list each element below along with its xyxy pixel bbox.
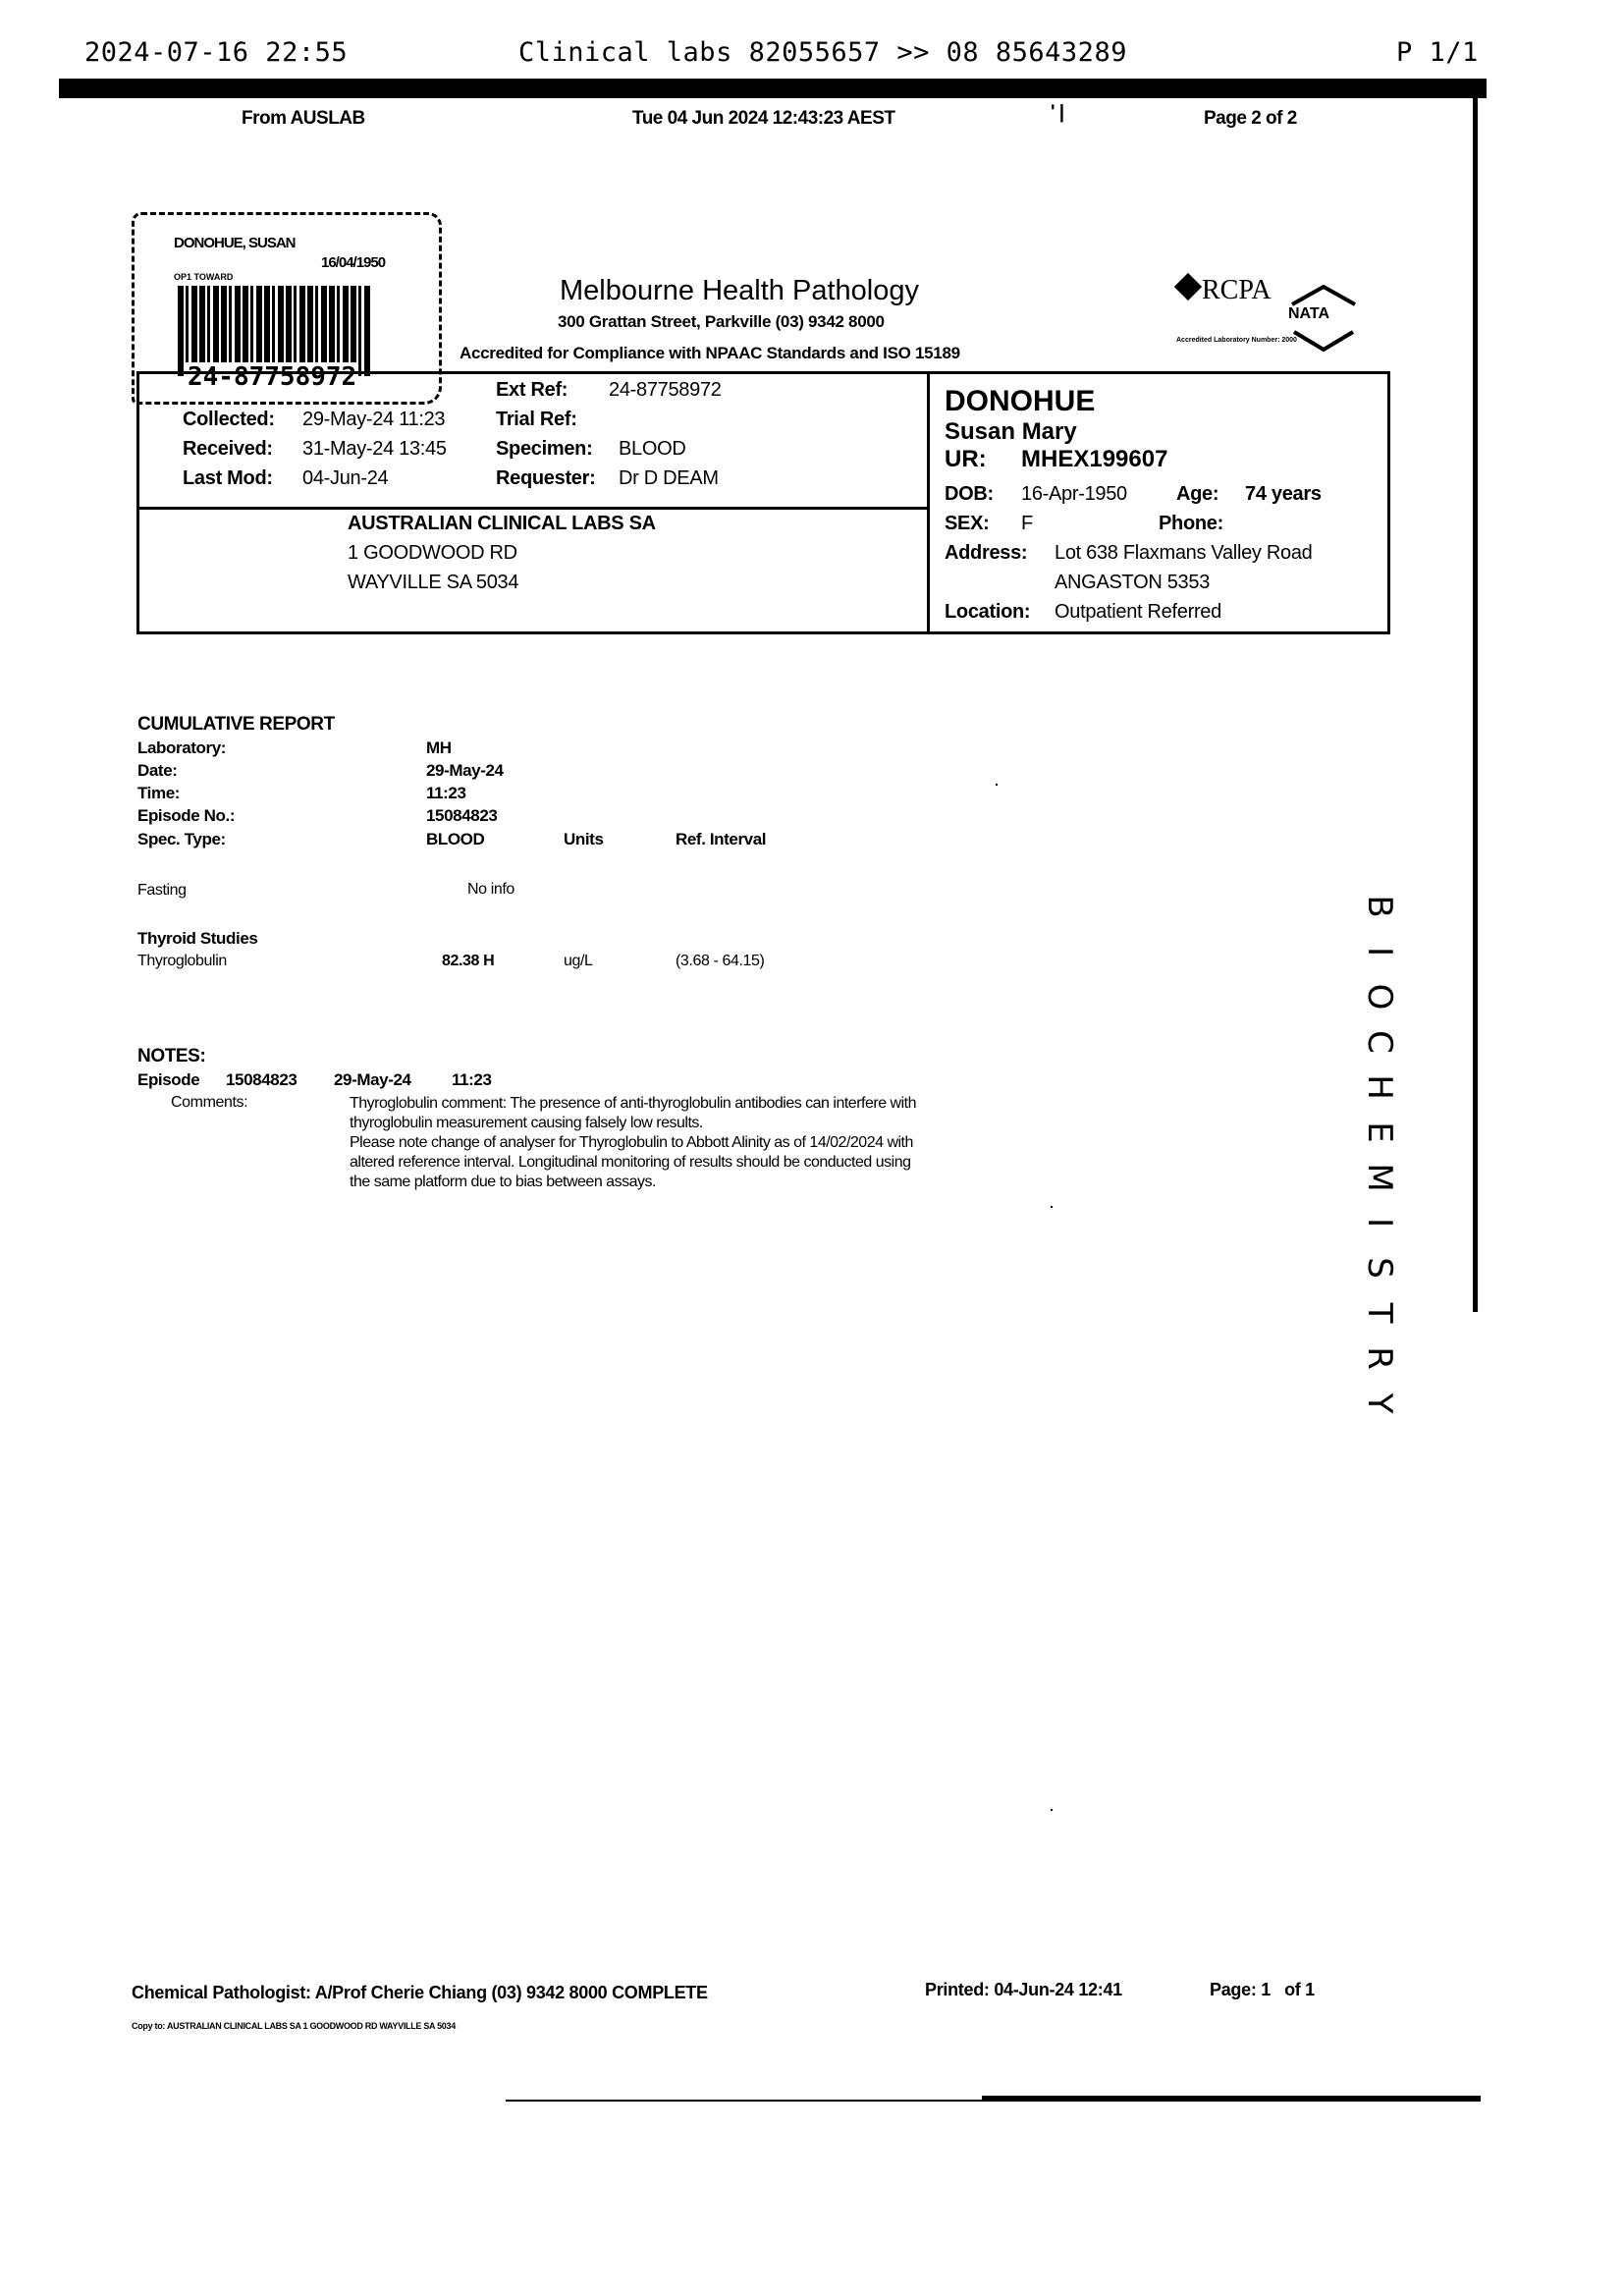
sex-value: F bbox=[1021, 513, 1033, 535]
department-letter: T bbox=[1357, 1293, 1402, 1333]
received-value: 31-May-24 13:45 bbox=[302, 438, 447, 461]
fax-timestamp: 2024-07-16 22:55 bbox=[84, 37, 348, 68]
sex-label: SEX: bbox=[945, 513, 989, 535]
result-test-name: Thyroglobulin bbox=[137, 953, 227, 970]
fax-route: Clinical labs 82055657 >> 08 85643289 bbox=[518, 37, 1127, 68]
rcpa-emblem-icon bbox=[1174, 273, 1202, 301]
header-bar bbox=[59, 79, 1487, 98]
department-label: BIOCHEMISTRY bbox=[1360, 884, 1399, 1426]
last-mod-value: 04-Jun-24 bbox=[302, 467, 388, 490]
report-title: CUMULATIVE REPORT bbox=[137, 714, 335, 736]
ext-ref-label: Ext Ref: bbox=[496, 379, 568, 402]
last-mod-label: Last Mod: bbox=[183, 467, 273, 490]
footer-page: Page: 1 of 1 bbox=[1210, 1980, 1315, 2000]
address-line-1: Lot 638 Flaxmans Valley Road bbox=[1055, 542, 1313, 565]
department-letter: S bbox=[1357, 1248, 1402, 1287]
patient-given-names: Susan Mary bbox=[945, 418, 1077, 446]
fasting-label: Fasting bbox=[137, 882, 187, 900]
department-letter: E bbox=[1357, 1113, 1402, 1152]
specimen-label: Specimen: bbox=[496, 438, 592, 461]
bottom-rule bbox=[506, 2100, 1481, 2102]
rcpa-logo-caption: Accredited Laboratory Number: 2000 bbox=[1176, 336, 1297, 345]
laboratory-label: Laboratory: bbox=[137, 738, 226, 758]
patient-ur-label: UR: bbox=[945, 446, 987, 473]
received-label: Received: bbox=[183, 438, 273, 461]
bottom-rule-thick bbox=[982, 2096, 1481, 2100]
department-letter: R bbox=[1357, 1339, 1402, 1378]
ref-interval-header: Ref. Interval bbox=[676, 830, 766, 849]
scan-speck bbox=[1051, 1809, 1053, 1811]
episode-value: 15084823 bbox=[426, 806, 497, 826]
laboratory-value: MH bbox=[426, 738, 452, 758]
age-label: Age: bbox=[1176, 483, 1218, 506]
units-header: Units bbox=[564, 830, 604, 849]
footer-printed: Printed: 04-Jun-24 12:41 bbox=[925, 1980, 1122, 2000]
spec-type-value: BLOOD bbox=[426, 830, 484, 849]
copy-to-line-2: 1 GOODWOOD RD bbox=[348, 542, 517, 565]
result-units: ug/L bbox=[564, 953, 593, 970]
comment-line: Please note change of analyser for Thyro… bbox=[350, 1133, 916, 1153]
footer-pathologist: Chemical Pathologist: A/Prof Cherie Chia… bbox=[132, 1983, 708, 2003]
comments-body: Thyroglobulin comment: The presence of a… bbox=[350, 1094, 916, 1192]
scan-speck bbox=[1051, 1206, 1053, 1208]
age-value: 74 years bbox=[1245, 483, 1322, 506]
notes-title: NOTES: bbox=[137, 1046, 205, 1067]
address-label: Address: bbox=[945, 542, 1027, 565]
collected-label: Collected: bbox=[183, 409, 275, 431]
transmission-sent: Tue 04 Jun 2024 12:43:23 AEST bbox=[632, 108, 894, 130]
location-label: Location: bbox=[945, 601, 1030, 624]
ext-ref-value: 24-87758972 bbox=[609, 379, 722, 402]
sticker-ward: OP1 TOWARD bbox=[174, 272, 233, 282]
department-letter: I bbox=[1357, 932, 1402, 971]
box-divider bbox=[139, 507, 927, 510]
sticker-dob: 16/04/1950 bbox=[321, 254, 385, 271]
section-title: Thyroid Studies bbox=[137, 929, 257, 949]
time-label: Time: bbox=[137, 784, 180, 803]
episode-label: Episode No.: bbox=[137, 806, 235, 826]
patient-ur: MHEX199607 bbox=[1021, 446, 1167, 473]
department-letter: B bbox=[1357, 887, 1402, 926]
transmission-from: From AUSLAB bbox=[242, 108, 365, 130]
department-letter: O bbox=[1357, 977, 1402, 1016]
scan-speck bbox=[996, 784, 998, 786]
comment-line: thyroglobulin measurement causing falsel… bbox=[350, 1114, 916, 1133]
tick-marks: ' | bbox=[1051, 102, 1064, 124]
lab-accreditation: Accredited for Compliance with NPAAC Sta… bbox=[460, 344, 960, 363]
patient-surname: DONOHUE bbox=[945, 385, 1095, 418]
notes-time: 11:23 bbox=[452, 1070, 492, 1090]
footer-status: COMPLETE bbox=[612, 1983, 708, 2002]
nata-logo-text: NATA bbox=[1288, 305, 1329, 323]
fax-page: P 1/1 bbox=[1396, 37, 1479, 68]
requester-label: Requester: bbox=[496, 467, 595, 490]
notes-episode-label: Episode bbox=[137, 1070, 199, 1090]
date-label: Date: bbox=[137, 761, 178, 781]
transmission-page: Page 2 of 2 bbox=[1204, 108, 1297, 130]
page-edge-rule bbox=[1473, 94, 1478, 1312]
comment-line: Thyroglobulin comment: The presence of a… bbox=[350, 1094, 916, 1114]
lab-address: 300 Grattan Street, Parkville (03) 9342 … bbox=[558, 312, 885, 332]
result-ref-interval: (3.68 - 64.15) bbox=[676, 953, 764, 970]
date-value: 29-May-24 bbox=[426, 761, 504, 781]
address-line-2: ANGASTON 5353 bbox=[1055, 572, 1210, 594]
time-value: 11:23 bbox=[426, 784, 466, 803]
location-value: Outpatient Referred bbox=[1055, 601, 1221, 624]
department-letter: I bbox=[1357, 1203, 1402, 1242]
sticker-name: DONOHUE, SUSAN bbox=[174, 235, 296, 251]
lab-name: Melbourne Health Pathology bbox=[560, 275, 919, 307]
footer-copy-to: Copy to: AUSTRALIAN CLINICAL LABS SA 1 G… bbox=[132, 2021, 456, 2031]
copy-to-line-1: AUSTRALIAN CLINICAL LABS SA bbox=[348, 513, 656, 535]
department-letter: Y bbox=[1357, 1384, 1402, 1423]
department-letter: C bbox=[1357, 1022, 1402, 1062]
rcpa-logo: RCPA bbox=[1178, 275, 1272, 306]
dob-value: 16-Apr-1950 bbox=[1021, 483, 1127, 506]
comment-line: altered reference interval. Longitudinal… bbox=[350, 1153, 916, 1173]
phone-label: Phone: bbox=[1159, 513, 1223, 535]
specimen-value: BLOOD bbox=[619, 438, 686, 461]
notes-date: 29-May-24 bbox=[334, 1070, 411, 1090]
comments-label: Comments: bbox=[171, 1094, 247, 1112]
department-letter: H bbox=[1357, 1067, 1402, 1107]
requester-value: Dr D DEAM bbox=[619, 467, 719, 490]
copy-to-line-3: WAYVILLE SA 5034 bbox=[348, 572, 518, 594]
comment-line: the same platform due to bias between as… bbox=[350, 1173, 916, 1192]
notes-episode: 15084823 bbox=[226, 1070, 297, 1090]
collected-value: 29-May-24 11:23 bbox=[302, 409, 445, 431]
result-flag: H bbox=[483, 953, 494, 969]
dob-label: DOB: bbox=[945, 483, 994, 506]
fasting-value: No info bbox=[467, 881, 514, 899]
spec-type-label: Spec. Type: bbox=[137, 830, 226, 849]
trial-ref-label: Trial Ref: bbox=[496, 409, 577, 431]
department-letter: M bbox=[1357, 1158, 1402, 1197]
result-value: 82.38 H bbox=[442, 953, 494, 970]
